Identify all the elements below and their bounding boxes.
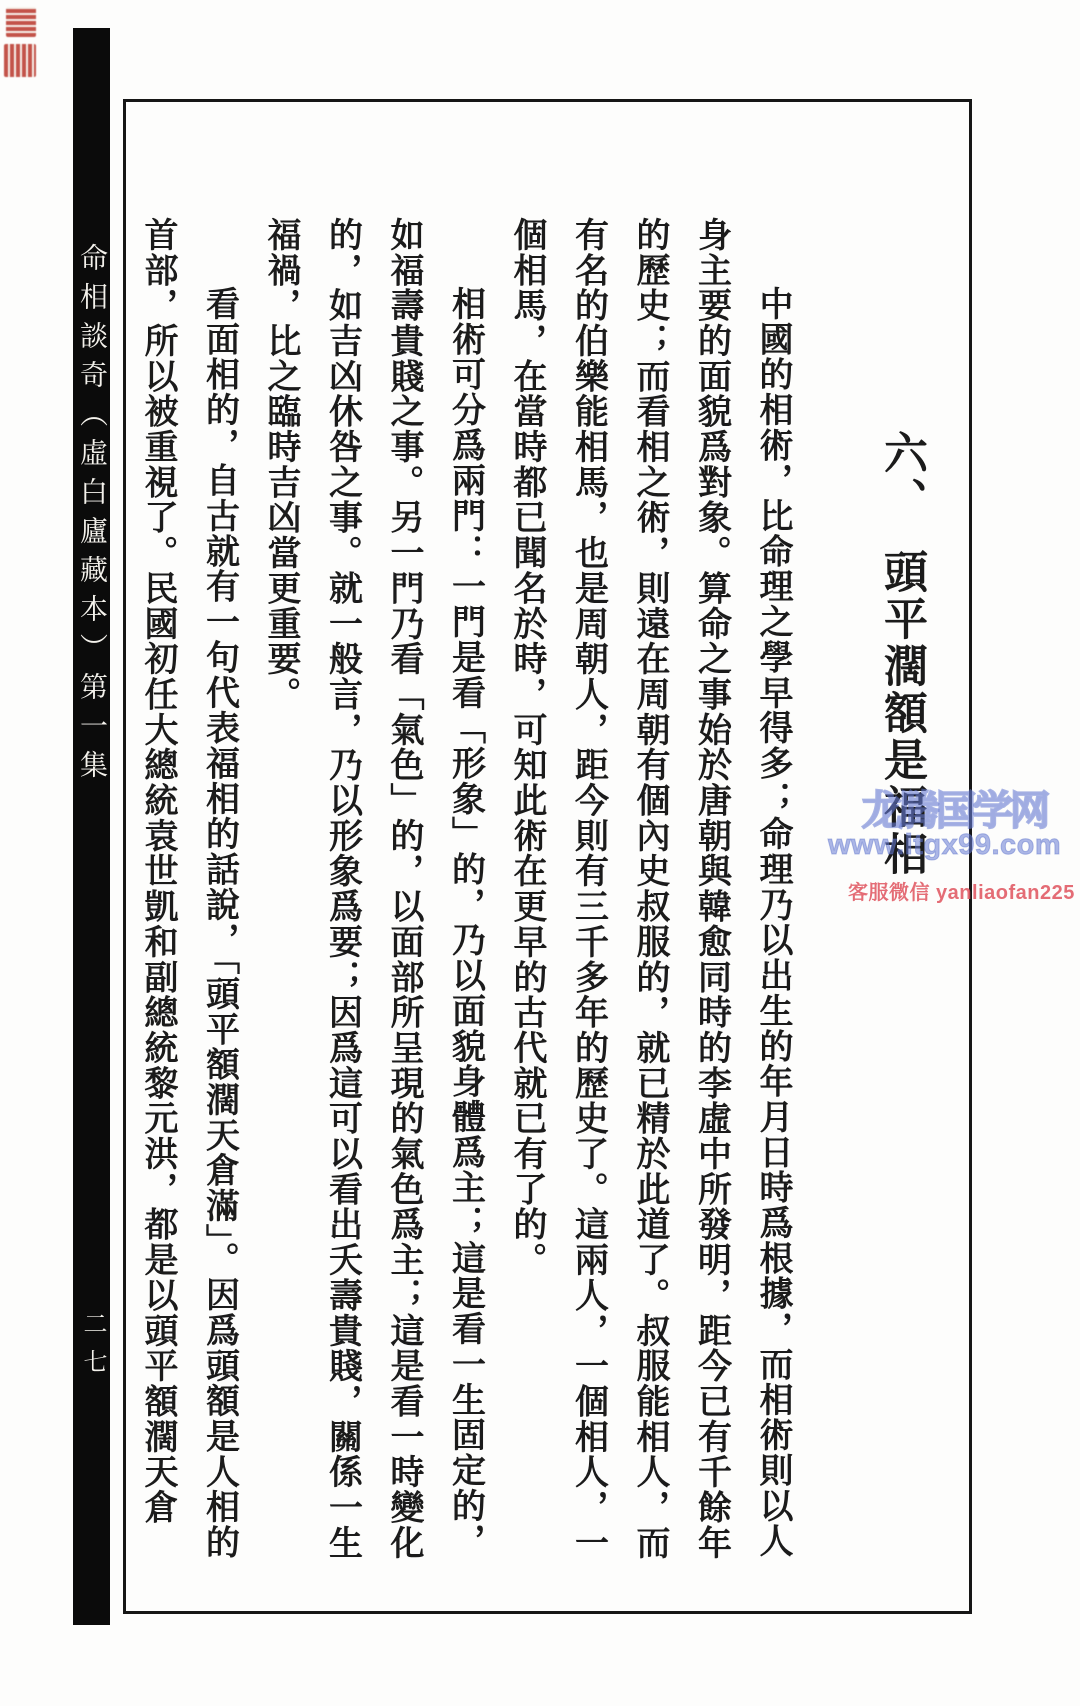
vertical-text-block: 六、 頭平濶額是福相 中國的相術，比命理之學早得多；命理乃以出生的年月日時爲根據… [126,102,969,1611]
red-seal-mark-top [6,7,36,37]
red-seal-mark-bottom [4,44,36,77]
spine-page-number: 二七 [73,1311,110,1387]
paragraph-1: 中國的相術，比命理之學早得多；命理乃以出生的年月日時爲根據，而相術則以人身主要的… [496,217,804,1565]
book-spine-bar: 命相談奇（虛白廬藏本）第一集 二七 [73,28,110,1625]
paragraph-2: 相術可分爲兩門：一門是看「形象」的，乃以面貌身體爲主；這是看一生固定的，如福壽貴… [250,217,496,1565]
chapter-heading: 六、 頭平濶額是福相 [868,217,934,1565]
paragraph-3: 看面相的，自古就有一句代表福相的話說，「頭平額濶天倉滿」。因爲頭額是人相的首部，… [127,217,250,1565]
spine-series-title: 命相談奇（虛白廬藏本）第一集 [73,243,110,789]
text-frame-border: 六、 頭平濶額是福相 中國的相術，比命理之學早得多；命理乃以出生的年月日時爲根據… [123,99,972,1614]
scanned-book-page: 命相談奇（虛白廬藏本）第一集 二七 六、 頭平濶額是福相 中國的相術，比命理之學… [0,0,1080,1706]
